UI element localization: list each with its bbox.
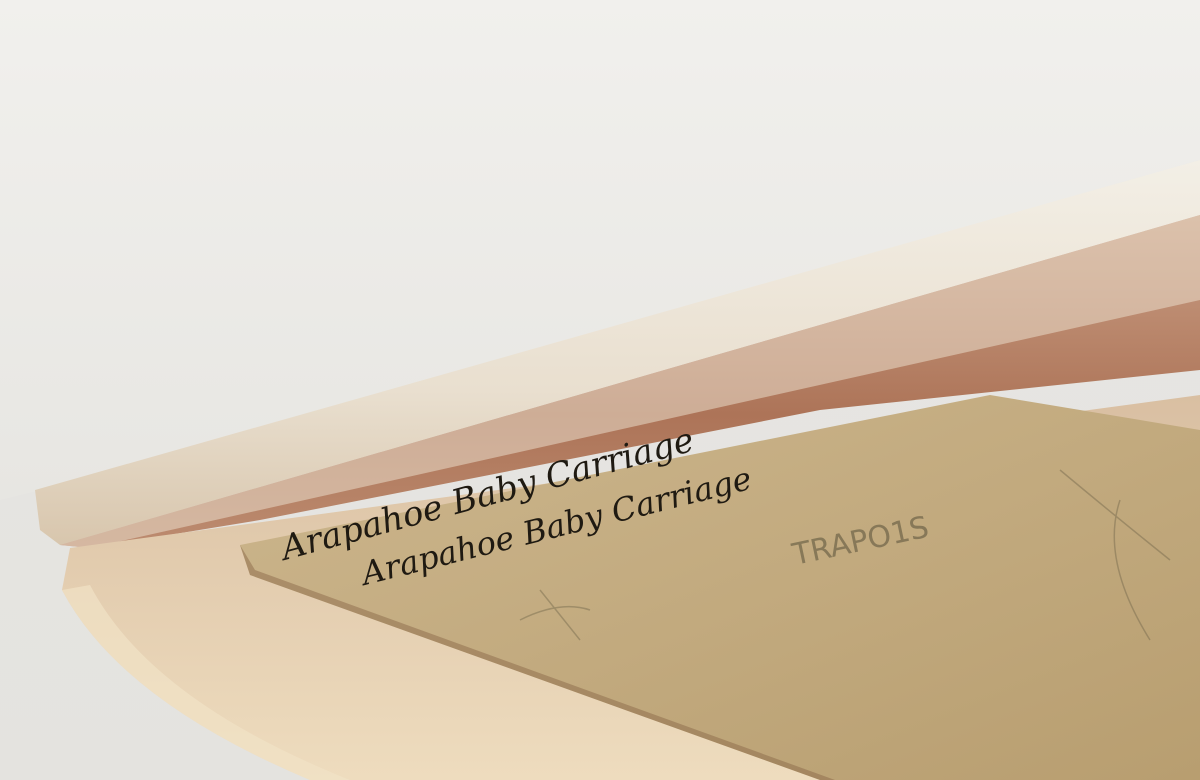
photo-scene: Arapahoe Baby Carriage Arapahoe Baby Car… (0, 0, 1200, 780)
photo-illustration: Arapahoe Baby Carriage Arapahoe Baby Car… (0, 0, 1200, 780)
